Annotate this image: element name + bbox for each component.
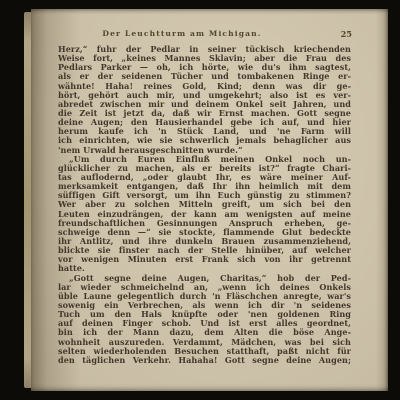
page-number: 25 [341, 29, 352, 39]
paragraph: „Um durch Euren Einfluß meinen Onkel noc… [58, 155, 351, 274]
text-line: den täglichen Verkehr. Hahaha! Gott segn… [58, 356, 351, 365]
body-text: Herz,“ fuhr der Pedlar in seiner tückisc… [58, 45, 351, 365]
page-header: Der Leuchtturm am Michigan. 25 [58, 29, 352, 41]
book-scan: Der Leuchtturm am Michigan. 25 Herz,“ fu… [0, 0, 400, 400]
paragraph: „Gott segne deine Augen, Charitas,“ hob … [58, 274, 351, 365]
paragraph: Herz,“ fuhr der Pedlar in seiner tückisc… [58, 45, 351, 155]
book-page: Der Leuchtturm am Michigan. 25 Herz,“ fu… [31, 9, 388, 391]
running-title: Der Leuchtturm am Michigan. [58, 29, 306, 38]
text-line: vor wenigen Minuten erst Frank sich von … [58, 255, 351, 264]
